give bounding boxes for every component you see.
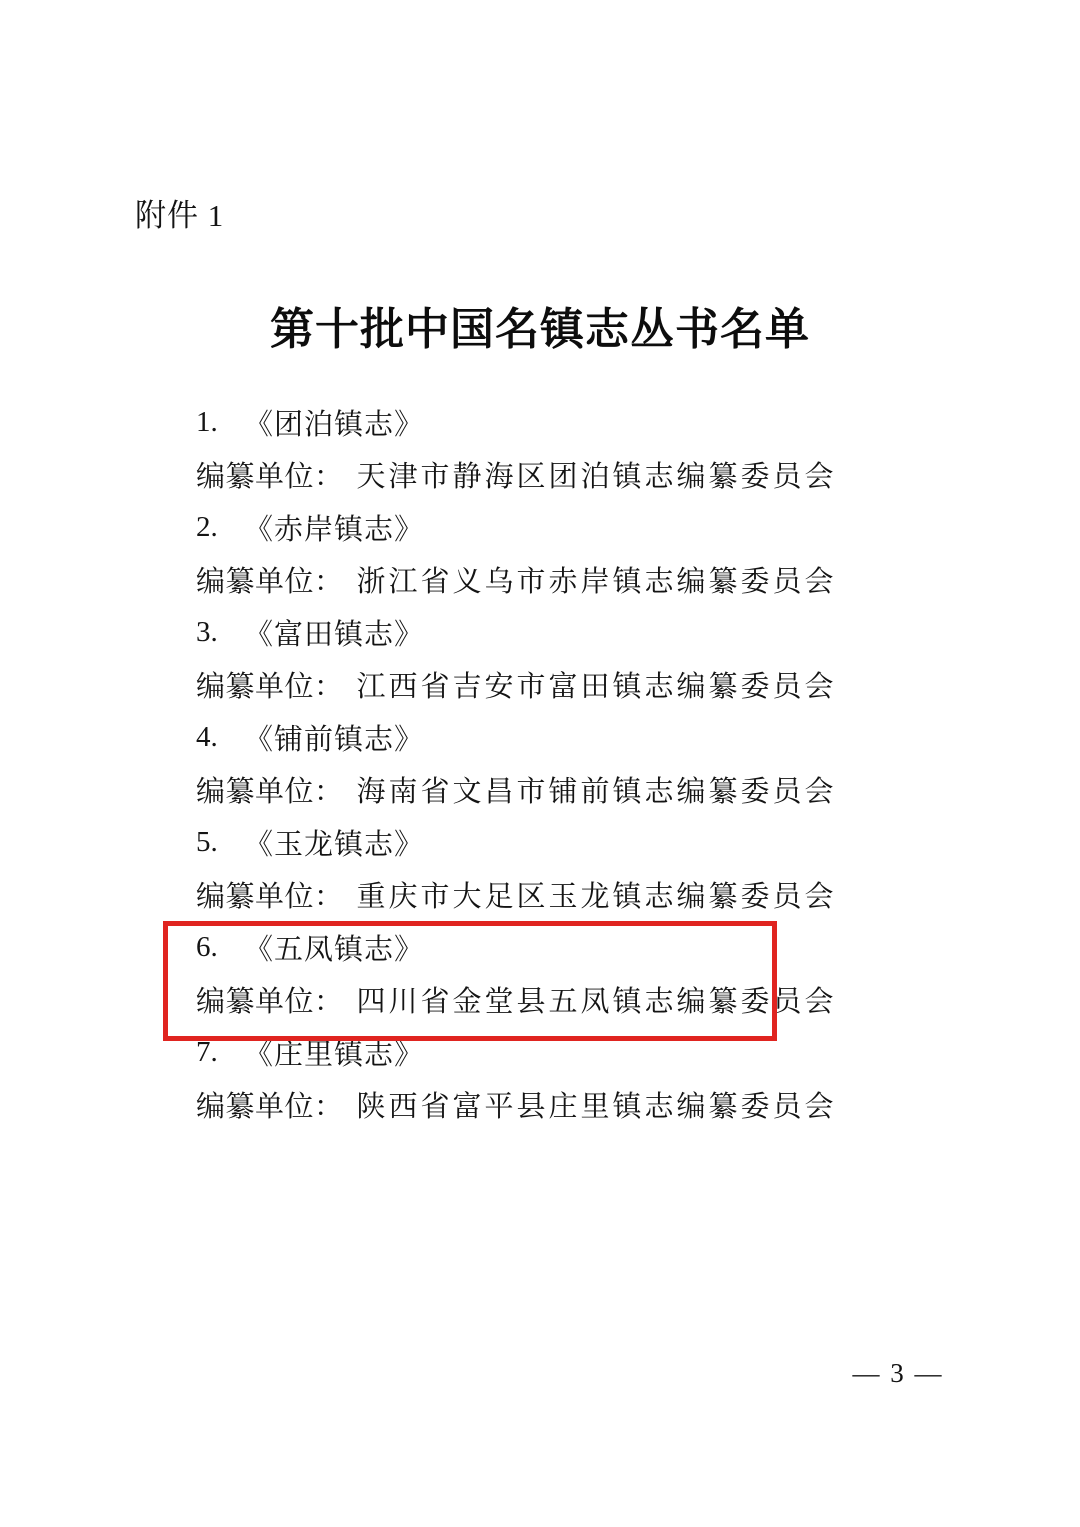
list-item-name: 《五凤镇志》 (244, 927, 424, 968)
list-item-name: 《庄里镇志》 (244, 1032, 424, 1073)
unit-name: 浙江省义乌市赤岸镇志编纂委员会 (357, 559, 837, 600)
list-item-title: 6.《五凤镇志》 (196, 921, 916, 974)
list-item-number: 6. (196, 931, 222, 964)
unit-label: 编纂单位： (196, 874, 344, 915)
list-item-name: 《团泊镇志》 (244, 402, 424, 443)
list-item-number: 1. (196, 406, 222, 439)
list-item-name: 《富田镇志》 (244, 612, 424, 653)
list-item-number: 4. (196, 721, 222, 754)
list-item-name: 《铺前镇志》 (244, 717, 424, 758)
document-page: 附件 1 第十批中国名镇志丛书名单 1.《团泊镇志》编纂单位：天津市静海区团泊镇… (0, 0, 1080, 1527)
list-item-unit: 编纂单位：浙江省义乌市赤岸镇志编纂委员会 (196, 554, 916, 607)
list-item-number: 5. (196, 826, 222, 859)
list-item-number: 7. (196, 1036, 222, 1069)
unit-name: 重庆市大足区玉龙镇志编纂委员会 (357, 874, 837, 915)
list-item-number: 2. (196, 511, 222, 544)
list-item-unit: 编纂单位：陕西省富平县庄里镇志编纂委员会 (196, 1079, 916, 1132)
unit-name: 天津市静海区团泊镇志编纂委员会 (357, 454, 837, 495)
page-title: 第十批中国名镇志丛书名单 (0, 293, 1080, 357)
list-item-title: 3.《富田镇志》 (196, 606, 916, 659)
unit-name: 海南省文昌市铺前镇志编纂委员会 (357, 769, 837, 810)
list-item-title: 1.《团泊镇志》 (196, 396, 916, 449)
list-item-unit: 编纂单位：重庆市大足区玉龙镇志编纂委员会 (196, 869, 916, 922)
unit-label: 编纂单位： (196, 559, 344, 600)
unit-name: 江西省吉安市富田镇志编纂委员会 (357, 664, 837, 705)
list-item-name: 《玉龙镇志》 (244, 822, 424, 863)
chronicle-list: 1.《团泊镇志》编纂单位：天津市静海区团泊镇志编纂委员会2.《赤岸镇志》编纂单位… (196, 396, 916, 1131)
unit-label: 编纂单位： (196, 454, 344, 495)
unit-name: 陕西省富平县庄里镇志编纂委员会 (357, 1084, 837, 1125)
unit-name: 四川省金堂县五凤镇志编纂委员会 (357, 979, 837, 1020)
list-item-number: 3. (196, 616, 222, 649)
unit-label: 编纂单位： (196, 1084, 344, 1125)
list-item-title: 5.《玉龙镇志》 (196, 816, 916, 869)
list-item-title: 7.《庄里镇志》 (196, 1026, 916, 1079)
list-item-unit: 编纂单位：四川省金堂县五凤镇志编纂委员会 (196, 974, 916, 1027)
list-item-unit: 编纂单位：海南省文昌市铺前镇志编纂委员会 (196, 764, 916, 817)
list-item-title: 2.《赤岸镇志》 (196, 501, 916, 554)
page-number: — 3 — (837, 1358, 959, 1389)
list-item-unit: 编纂单位：天津市静海区团泊镇志编纂委员会 (196, 449, 916, 502)
list-item-title: 4.《铺前镇志》 (196, 711, 916, 764)
unit-label: 编纂单位： (196, 769, 344, 810)
unit-label: 编纂单位： (196, 664, 344, 705)
unit-label: 编纂单位： (196, 979, 344, 1020)
attachment-label: 附件 1 (135, 190, 224, 235)
list-item-name: 《赤岸镇志》 (244, 507, 424, 548)
list-item-unit: 编纂单位：江西省吉安市富田镇志编纂委员会 (196, 659, 916, 712)
